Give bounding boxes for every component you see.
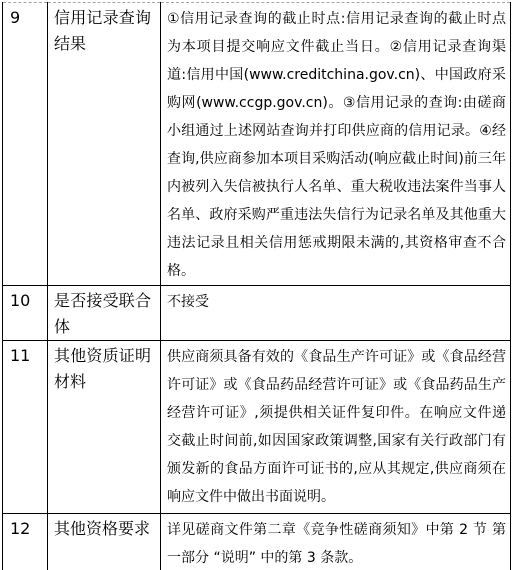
row-label: 信用记录查询结果 bbox=[48, 3, 161, 286]
row-number: 12 bbox=[3, 514, 48, 570]
row-content: ①信用记录查询的截止时点:信用记录查询的截止时点为本项目提交响应文件截止当日。②… bbox=[161, 3, 511, 286]
row-label: 其他资质证明材料 bbox=[48, 341, 161, 514]
row-content: 供应商须具备有效的《食品生产许可证》或《食品经营许可证》或《食品药品经营许可证》… bbox=[161, 341, 511, 514]
row-content: 不接受 bbox=[161, 286, 511, 341]
row-number: 10 bbox=[3, 286, 48, 341]
row-label: 其他资格要求 bbox=[48, 514, 161, 570]
table-row: 11 其他资质证明材料 供应商须具备有效的《食品生产许可证》或《食品经营许可证》… bbox=[3, 341, 511, 514]
table-row: 10 是否接受联合体 不接受 bbox=[3, 286, 511, 341]
row-number: 11 bbox=[3, 341, 48, 514]
row-number: 9 bbox=[3, 3, 48, 286]
document-page: 9 信用记录查询结果 ①信用记录查询的截止时点:信用记录查询的截止时点为本项目提… bbox=[0, 0, 515, 570]
row-content: 详见磋商文件第二章《竞争性磋商须知》中第 2 节 第一部分 “说明” 中的第 3… bbox=[161, 514, 511, 570]
supplier-qualification-table: 9 信用记录查询结果 ①信用记录查询的截止时点:信用记录查询的截止时点为本项目提… bbox=[2, 2, 511, 570]
row-label: 是否接受联合体 bbox=[48, 286, 161, 341]
table-row: 12 其他资格要求 详见磋商文件第二章《竞争性磋商须知》中第 2 节 第一部分 … bbox=[3, 514, 511, 570]
table-row: 9 信用记录查询结果 ①信用记录查询的截止时点:信用记录查询的截止时点为本项目提… bbox=[3, 3, 511, 286]
